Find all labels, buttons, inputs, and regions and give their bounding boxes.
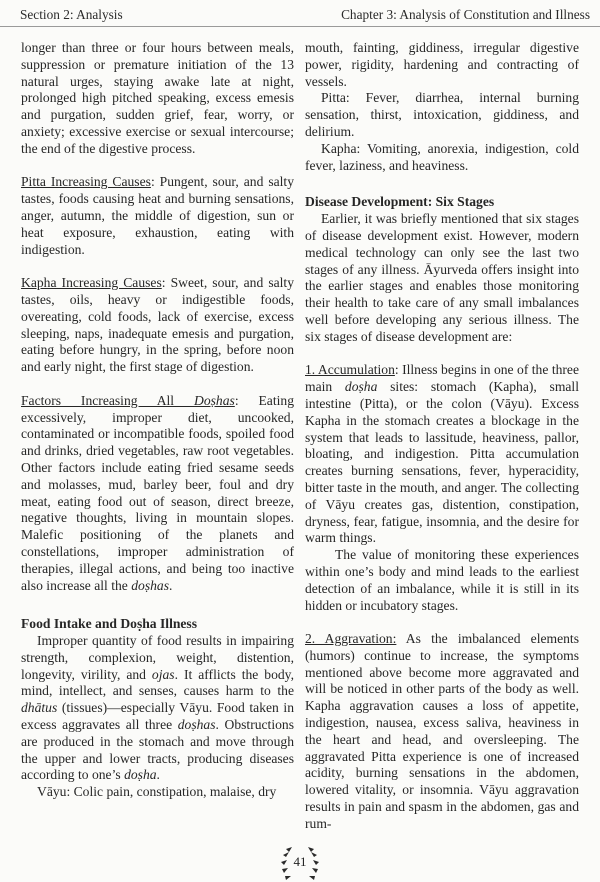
monitoring-value-paragraph: The value of monitoring these experience… bbox=[305, 547, 579, 614]
continued-paragraph: mouth, fainting, giddiness, irregular di… bbox=[305, 40, 579, 90]
page-number: 41 bbox=[270, 854, 330, 870]
food-intake-paragraph: Improper quantity of food results in imp… bbox=[21, 633, 294, 784]
left-column: longer than three or four hours between … bbox=[21, 40, 294, 801]
stage-2-label: 2. Aggravation: bbox=[305, 631, 396, 646]
factors-all-doshas-paragraph: Factors Increasing All Doṣhas: Eating ex… bbox=[21, 393, 294, 595]
pitta-causes-paragraph: Pitta Increasing Causes: Pungent, sour, … bbox=[21, 174, 294, 258]
stage-1-label: 1. Accumulation bbox=[305, 362, 395, 377]
continued-paragraph: longer than three or four hours between … bbox=[21, 40, 294, 158]
kapha-causes-label: Kapha Increasing Causes bbox=[21, 275, 162, 290]
vayu-symptoms-paragraph: Vāyu: Colic pain, constipation, malaise,… bbox=[21, 784, 294, 801]
stage-2-paragraph: 2. Aggravation: As the imbalanced elemen… bbox=[305, 631, 579, 833]
running-header: Section 2: Analysis Chapter 3: Analysis … bbox=[0, 0, 600, 27]
disease-development-paragraph: Earlier, it was briefly mentioned that s… bbox=[305, 211, 579, 345]
pitta-causes-label: Pitta Increasing Causes bbox=[21, 174, 151, 189]
factors-label: Factors Increasing All Doṣhas bbox=[21, 393, 235, 408]
disease-development-heading: Disease Development: Six Stages bbox=[305, 194, 579, 211]
right-column: mouth, fainting, giddiness, irregular di… bbox=[305, 40, 579, 833]
chapter-title: Chapter 3: Analysis of Constitution and … bbox=[341, 7, 590, 23]
section-title: Section 2: Analysis bbox=[20, 7, 123, 23]
kapha-causes-paragraph: Kapha Increasing Causes: Sweet, sour, an… bbox=[21, 275, 294, 376]
page-footer: 41 bbox=[270, 845, 330, 882]
stage-1-paragraph: 1. Accumulation: Illness begins in one o… bbox=[305, 362, 579, 547]
pitta-symptoms-paragraph: Pitta: Fever, diarrhea, internal burning… bbox=[305, 90, 579, 140]
kapha-symptoms-paragraph: Kapha: Vomiting, anorexia, indigestion, … bbox=[305, 141, 579, 175]
food-intake-heading: Food Intake and Doṣha Illness bbox=[21, 616, 294, 633]
